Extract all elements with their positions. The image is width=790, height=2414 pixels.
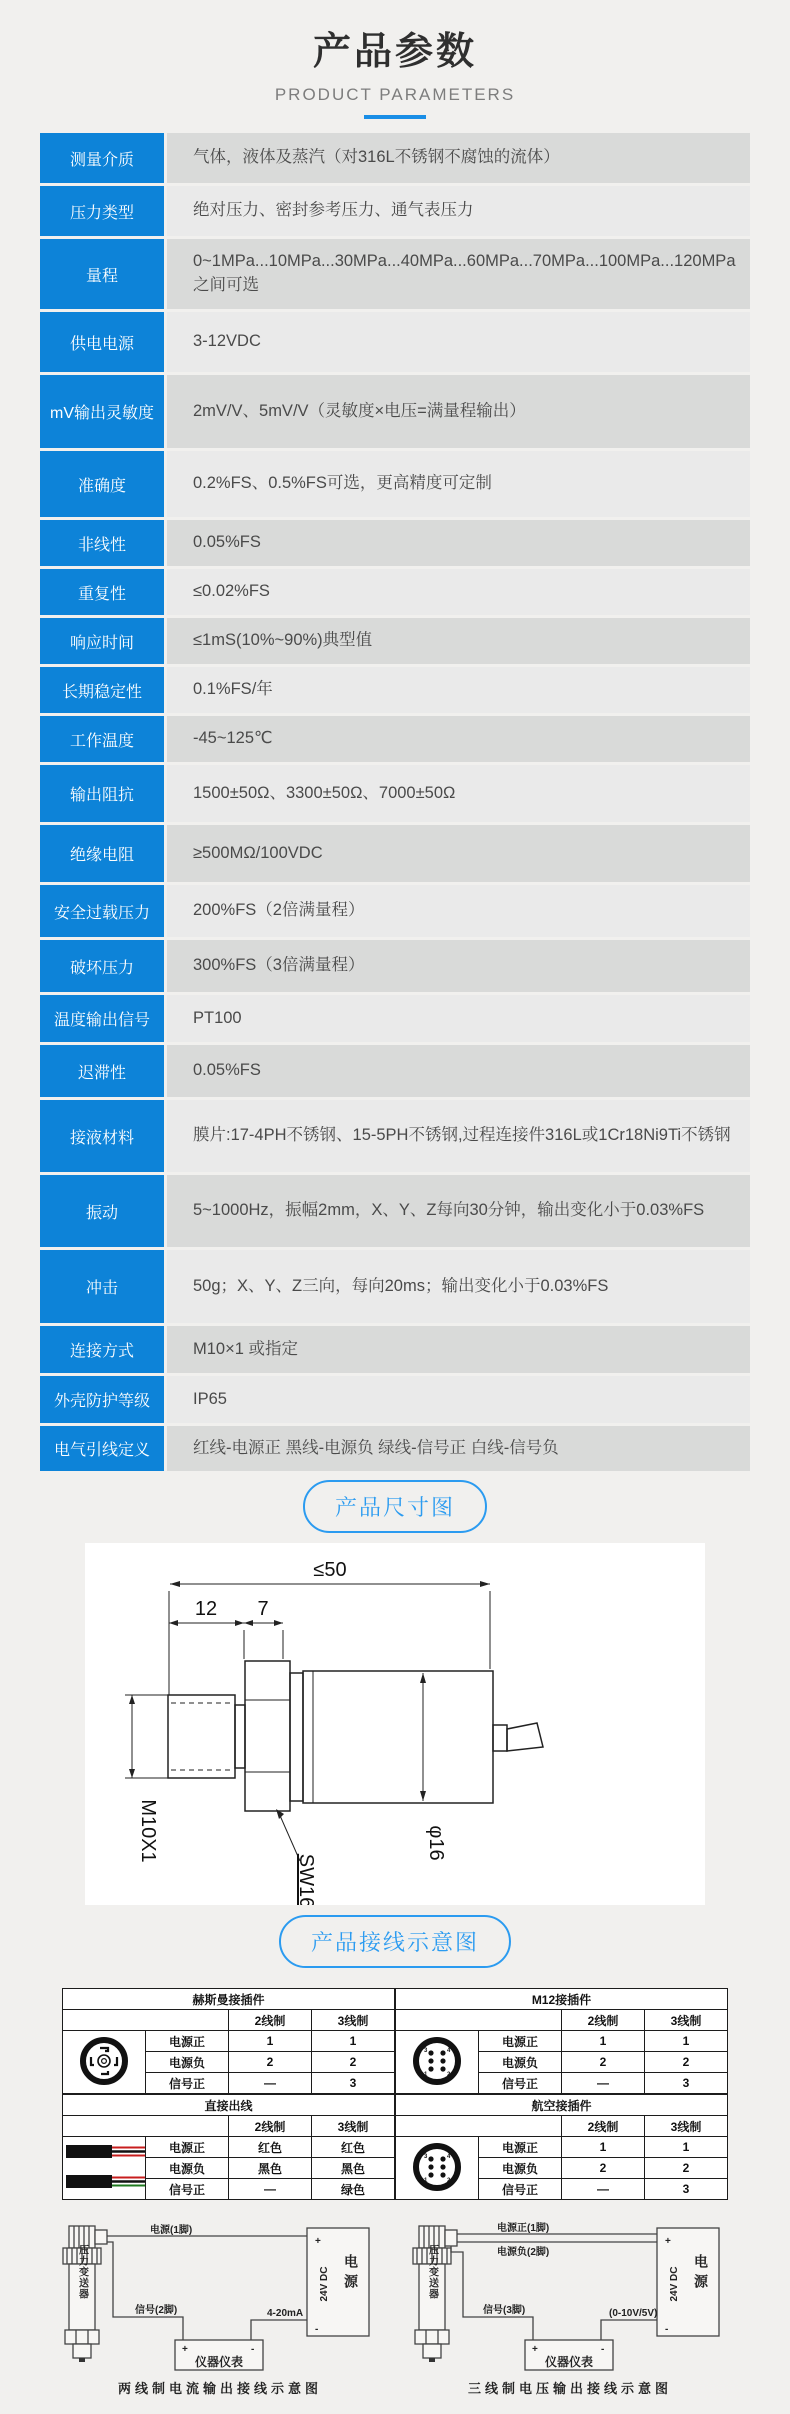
power-neg-wire-label: 电源负(2脚) <box>497 2245 549 2258</box>
pin-label: 电源正 <box>479 2031 562 2052</box>
spec-label: 量程 <box>40 239 164 309</box>
pin-label: 电源负 <box>146 2052 229 2073</box>
schematic-caption: 两线制电流输出接线示意图 <box>55 2378 385 2397</box>
spec-value: 300%FS（3倍满量程） <box>167 940 750 992</box>
spec-label: 重复性 <box>40 569 164 615</box>
spec-label: 非线性 <box>40 520 164 566</box>
quadrant-title: 赫斯曼接插件 <box>63 1989 395 2010</box>
spec-label: 迟滞性 <box>40 1045 164 1097</box>
psu-voltage-label: 24V DC <box>319 2266 330 2301</box>
col-header-3wire: 3线制 <box>312 2116 395 2137</box>
pin-2wire: — <box>562 2179 645 2200</box>
spec-value: 200%FS（2倍满量程） <box>167 885 750 937</box>
pin-2wire: 2 <box>229 2052 312 2073</box>
product-spec-page: { "header": {"title": "产品参数", "subtitle"… <box>0 0 790 2414</box>
dimension-diagram-panel: ≤50 12 7 M10X1 SW16 <box>85 1543 705 1905</box>
spec-label: 供电电源 <box>40 312 164 372</box>
pin-3wire: 1 <box>312 2031 395 2052</box>
empty-cell <box>396 2010 562 2031</box>
spec-label: 外壳防护等级 <box>40 1376 164 1423</box>
spec-value: ≤0.02%FS <box>167 569 750 615</box>
spec-value: 0.2%FS、0.5%FS可选，更高精度可定制 <box>167 451 750 517</box>
psu-plus: + <box>665 2236 671 2247</box>
power-wire-label: 电源正(1脚) <box>497 2222 549 2234</box>
svg-text:3: 3 <box>424 2048 428 2054</box>
quadrant-title: 直接出线 <box>63 2095 395 2116</box>
spec-value: 3-12VDC <box>167 312 750 372</box>
spec-value: -45~125℃ <box>167 716 750 762</box>
psu-minus: - <box>315 2324 318 2335</box>
spec-value: 0.05%FS <box>167 520 750 566</box>
spec-label: 冲击 <box>40 1250 164 1323</box>
spec-value: 0.1%FS/年 <box>167 667 750 713</box>
meter-box: + - 仪器仪表 <box>525 2340 613 2370</box>
meter-box: + - 仪器仪表 <box>175 2340 263 2370</box>
schematic-two-wire-drawing: 压力变送器 + - 24V DC 电源 + - 仪器仪表 电源(1脚) 信号(2… <box>55 2222 385 2374</box>
meter-minus: - <box>251 2344 254 2355</box>
page-subtitle: PRODUCT PARAMETERS <box>0 85 790 105</box>
quadrant-title: M12接插件 <box>396 1989 728 2010</box>
pin-2wire: — <box>229 2073 312 2094</box>
dim-wrench-size: SW16 <box>276 1809 317 1905</box>
spec-label: 响应时间 <box>40 618 164 664</box>
dim-thread-length-label: 12 <box>195 1598 217 1620</box>
pin-3wire: 3 <box>645 2073 728 2094</box>
spec-value: ≤1mS(10%~90%)典型值 <box>167 618 750 664</box>
spec-value: 5~1000Hz，振幅2mm，X、Y、Z每向30分钟，输出变化小于0.03%FS <box>167 1175 750 1247</box>
spec-label: 测量介质 <box>40 133 164 183</box>
psu-label: 电源 <box>343 2253 359 2294</box>
pin-3wire: 黑色 <box>312 2158 395 2179</box>
col-header-3wire: 3线制 <box>645 2116 728 2137</box>
dim-wrench-size-label: SW16 <box>295 1854 317 1905</box>
direct-cable-icon <box>63 2137 146 2200</box>
spec-row: 输出阻抗1500±50Ω、3300±50Ω、7000±50Ω <box>40 765 750 822</box>
spec-value: M10×1 或指定 <box>167 1326 750 1373</box>
spec-row: 响应时间≤1mS(10%~90%)典型值 <box>40 618 750 664</box>
dimension-drawing: ≤50 12 7 M10X1 SW16 <box>85 1543 705 1905</box>
meter-label: 仪器仪表 <box>194 2354 243 2369</box>
dim-thread-hex-length: 12 7 <box>169 1598 283 1659</box>
empty-cell <box>63 2116 229 2137</box>
pin-3wire: 1 <box>645 2137 728 2158</box>
pin-3wire: 2 <box>645 2158 728 2179</box>
dim-diameter: φ16 <box>420 1673 447 1861</box>
spec-row: 重复性≤0.02%FS <box>40 569 750 615</box>
spec-value: 0~1MPa...10MPa...30MPa...40MPa...60MPa..… <box>167 239 750 309</box>
page-header: 产品参数 PRODUCT PARAMETERS <box>0 20 790 119</box>
dim-thread-spec: M10X1 <box>125 1695 168 1863</box>
spec-row: 压力类型绝对压力、密封参考压力、通气表压力 <box>40 186 750 236</box>
pin-label: 电源负 <box>479 2158 562 2179</box>
pin-3wire: 1 <box>645 2031 728 2052</box>
pin-2wire: 2 <box>562 2158 645 2179</box>
psu-label: 电源 <box>693 2253 709 2294</box>
wiring-quadrant-hirschmann: 赫斯曼接插件 2线制 3线制 电源正 1 1 <box>62 1988 395 2094</box>
spec-value: 0.05%FS <box>167 1045 750 1097</box>
pin-label: 电源负 <box>146 2158 229 2179</box>
pressure-transmitter-symbol: 压力变送器 <box>63 2226 107 2362</box>
spec-label: 温度输出信号 <box>40 995 164 1042</box>
spec-value: ≥500MΩ/100VDC <box>167 825 750 882</box>
pin-3wire: 3 <box>645 2179 728 2200</box>
pin-2wire: 红色 <box>229 2137 312 2158</box>
spec-row: 安全过载压力200%FS（2倍满量程） <box>40 885 750 937</box>
title-underline <box>364 115 426 119</box>
spec-label: 接液材料 <box>40 1100 164 1172</box>
col-header-2wire: 2线制 <box>229 2116 312 2137</box>
psu-plus: + <box>315 2236 321 2247</box>
pin-2wire: — <box>562 2073 645 2094</box>
spec-label: 压力类型 <box>40 186 164 236</box>
dim-overall-label: ≤50 <box>313 1559 346 1581</box>
pin-2wire: 1 <box>562 2031 645 2052</box>
wires <box>451 2234 657 2340</box>
hirschmann-connector-icon <box>63 2031 146 2094</box>
pin-2wire: 2 <box>562 2052 645 2073</box>
spec-value: 膜片:17-4PH不锈钢、15-5PH不锈钢,过程连接件316L或1Cr18Ni… <box>167 1100 750 1172</box>
dim-thread-spec-label: M10X1 <box>137 1799 159 1862</box>
spec-value: 红线-电源正 黑线-电源负 绿线-信号正 白线-信号负 <box>167 1426 750 1471</box>
spec-label: 连接方式 <box>40 1326 164 1373</box>
spec-label: 输出阻抗 <box>40 765 164 822</box>
col-header-2wire: 2线制 <box>229 2010 312 2031</box>
spec-label: 绝缘电阻 <box>40 825 164 882</box>
pin-3wire: 2 <box>645 2052 728 2073</box>
col-header-3wire: 3线制 <box>645 2010 728 2031</box>
pin-label: 电源正 <box>146 2137 229 2158</box>
wiring-quadrant-m12: M12接插件 2线制 3线制 3 4 1 2 电源正 1 1 <box>395 1988 728 2094</box>
sensor-outline <box>168 1661 543 1811</box>
spec-row: 振动5~1000Hz，振幅2mm，X、Y、Z每向30分钟，输出变化小于0.03%… <box>40 1175 750 1247</box>
spec-row: 冲击50g；X、Y、Z三向，每向20ms；输出变化小于0.03%FS <box>40 1250 750 1323</box>
spec-row: 接液材料膜片:17-4PH不锈钢、15-5PH不锈钢,过程连接件316L或1Cr… <box>40 1100 750 1172</box>
pin-2wire: — <box>229 2179 312 2200</box>
pin-label: 信号正 <box>146 2179 229 2200</box>
schematic-three-wire-drawing: 压力变送器 + - 24V DC 电源 + - 仪器仪表 电源正(1脚) 电源负… <box>405 2222 735 2374</box>
spec-value: 2mV/V、5mV/V（灵敏度×电压=满量程输出） <box>167 375 750 448</box>
pin-label: 信号正 <box>146 2073 229 2094</box>
signal-wire-label: 信号(3脚) <box>483 2303 525 2316</box>
spec-label: 破坏压力 <box>40 940 164 992</box>
col-header-2wire: 2线制 <box>562 2116 645 2137</box>
m12-connector-icon: 3 4 1 2 <box>396 2031 479 2094</box>
spec-label: 电气引线定义 <box>40 1426 164 1471</box>
wiring-quadrant-aviation: 航空接插件 2线制 3线制 3 4 1 2 电源正 1 1 <box>395 2094 728 2200</box>
pin-3wire: 红色 <box>312 2137 395 2158</box>
spec-value: PT100 <box>167 995 750 1042</box>
pin-3wire: 绿色 <box>312 2179 395 2200</box>
spec-row: 电气引线定义红线-电源正 黑线-电源负 绿线-信号正 白线-信号负 <box>40 1426 750 1471</box>
spec-value: IP65 <box>167 1376 750 1423</box>
spec-value: 1500±50Ω、3300±50Ω、7000±50Ω <box>167 765 750 822</box>
spec-row: 准确度0.2%FS、0.5%FS可选，更高精度可定制 <box>40 451 750 517</box>
aviation-connector-icon: 3 4 1 2 <box>396 2137 479 2200</box>
section-pill-wiring: 产品接线示意图 <box>279 1915 511 1968</box>
spec-row: 长期稳定性0.1%FS/年 <box>40 667 750 713</box>
loop-label: 4-20mA <box>267 2308 303 2319</box>
spec-label: 振动 <box>40 1175 164 1247</box>
pin-label: 电源负 <box>479 2052 562 2073</box>
spec-row: 破坏压力300%FS（3倍满量程） <box>40 940 750 992</box>
pin-2wire: 黑色 <box>229 2158 312 2179</box>
pin-label: 信号正 <box>479 2179 562 2200</box>
spec-table: 测量介质气体，液体及蒸汽（对316L不锈钢不腐蚀的流体） 压力类型绝对压力、密封… <box>40 133 750 1474</box>
meter-plus: + <box>532 2344 538 2355</box>
psu-voltage-label: 24V DC <box>669 2266 680 2301</box>
spec-row: 量程0~1MPa...10MPa...30MPa...40MPa...60MPa… <box>40 239 750 309</box>
schematic-caption: 三线制电压输出接线示意图 <box>405 2378 735 2397</box>
meter-plus: + <box>182 2344 188 2355</box>
spec-value: 50g；X、Y、Z三向，每向20ms；输出变化小于0.03%FS <box>167 1250 750 1323</box>
spec-row: 非线性0.05%FS <box>40 520 750 566</box>
spec-value: 绝对压力、密封参考压力、通气表压力 <box>167 186 750 236</box>
col-header-3wire: 3线制 <box>312 2010 395 2031</box>
dim-diameter-label: φ16 <box>425 1825 447 1860</box>
spec-row: 测量介质气体，液体及蒸汽（对316L不锈钢不腐蚀的流体） <box>40 133 750 183</box>
page-title: 产品参数 <box>0 20 790 75</box>
meter-label: 仪器仪表 <box>544 2354 593 2369</box>
power-supply-box: + - 24V DC 电源 <box>307 2228 369 2336</box>
spec-row: 迟滞性0.05%FS <box>40 1045 750 1097</box>
pin-2wire: 1 <box>229 2031 312 2052</box>
section-pill-dimension: 产品尺寸图 <box>303 1480 487 1533</box>
pin-2wire: 1 <box>562 2137 645 2158</box>
schematic-three-wire: 压力变送器 + - 24V DC 电源 + - 仪器仪表 电源正(1脚) 电源负… <box>405 2222 735 2397</box>
spec-row: 绝缘电阻≥500MΩ/100VDC <box>40 825 750 882</box>
power-supply-box: + - 24V DC 电源 <box>657 2228 719 2336</box>
spec-row: 连接方式M10×1 或指定 <box>40 1326 750 1373</box>
wiring-quadrant-direct-cable: 直接出线 2线制 3线制 电源正 红色 红色 <box>62 2094 395 2200</box>
empty-cell <box>396 2116 562 2137</box>
svg-text:3: 3 <box>424 2154 428 2160</box>
spec-label: mV输出灵敏度 <box>40 375 164 448</box>
spec-label: 工作温度 <box>40 716 164 762</box>
pin-label: 信号正 <box>479 2073 562 2094</box>
spec-label: 准确度 <box>40 451 164 517</box>
spec-row: 供电电源3-12VDC <box>40 312 750 372</box>
spec-value: 气体，液体及蒸汽（对316L不锈钢不腐蚀的流体） <box>167 133 750 183</box>
power-wire-label: 电源(1脚) <box>150 2223 192 2236</box>
dim-hex-length-label: 7 <box>257 1598 268 1620</box>
pin-3wire: 2 <box>312 2052 395 2073</box>
schematic-two-wire: 压力变送器 + - 24V DC 电源 + - 仪器仪表 电源(1脚) 信号(2… <box>55 2222 385 2397</box>
spec-row: 温度输出信号PT100 <box>40 995 750 1042</box>
empty-cell <box>63 2010 229 2031</box>
col-header-2wire: 2线制 <box>562 2010 645 2031</box>
spec-row: mV输出灵敏度2mV/V、5mV/V（灵敏度×电压=满量程输出） <box>40 375 750 448</box>
pin-label: 电源正 <box>479 2137 562 2158</box>
meter-minus: - <box>601 2344 604 2355</box>
wiring-table: 赫斯曼接插件 2线制 3线制 电源正 1 1 <box>62 1988 728 2200</box>
psu-minus: - <box>665 2324 668 2335</box>
spec-row: 外壳防护等级IP65 <box>40 1376 750 1423</box>
loop-label: (0-10V/5V) <box>609 2308 657 2319</box>
spec-row: 工作温度-45~125℃ <box>40 716 750 762</box>
signal-wire-label: 信号(2脚) <box>135 2303 177 2316</box>
quadrant-title: 航空接插件 <box>396 2095 728 2116</box>
wires <box>107 2236 307 2340</box>
pin-label: 电源正 <box>146 2031 229 2052</box>
pin-3wire: 3 <box>312 2073 395 2094</box>
dim-overall-length: ≤50 <box>169 1559 490 1695</box>
spec-label: 安全过载压力 <box>40 885 164 937</box>
spec-label: 长期稳定性 <box>40 667 164 713</box>
